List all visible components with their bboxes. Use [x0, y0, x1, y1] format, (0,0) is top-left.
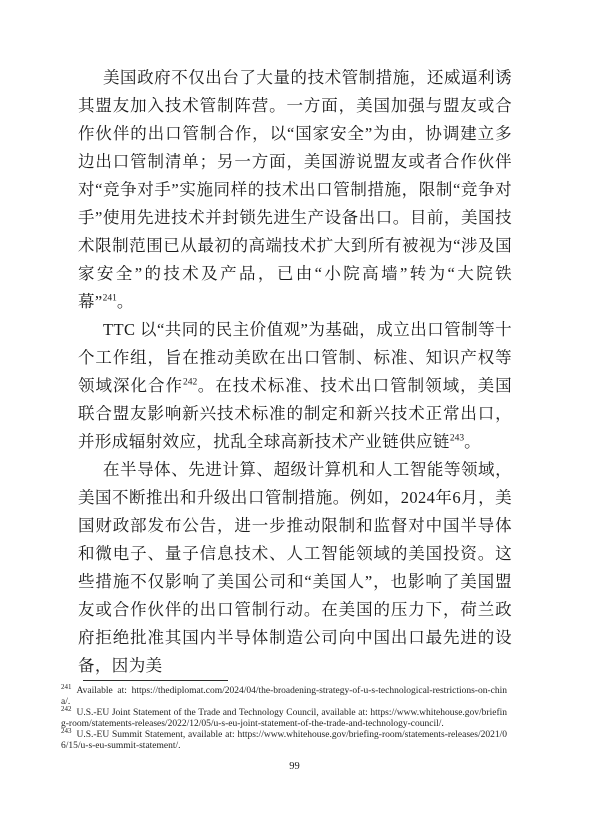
- footnote-marker: 241: [61, 683, 72, 691]
- footnote-text: .: [178, 741, 180, 751]
- footnote-243: 243U.S.-EU Summit Statement, available a…: [61, 730, 507, 751]
- footnote-text: U.S.-EU Summit Statement, available at:: [77, 730, 238, 740]
- footnote-241: 241Available at: https://thediplomat.com…: [61, 686, 507, 707]
- paragraph-text-segment: 在半导体、先进计算、超级计算机和人工智能等领域，美国不断推出和升级出口管制措施。…: [78, 460, 512, 675]
- paragraph-text-segment: 美国政府不仅出台了大量的技术管制措施，还威逼利诱其盟友加入技术管制阵营。一方面，…: [78, 68, 512, 311]
- page-number: 99: [0, 761, 589, 772]
- document-page: 美国政府不仅出台了大量的技术管制措施，还威逼利诱其盟友加入技术管制阵营。一方面，…: [0, 0, 589, 831]
- footnote-ref-241: 241: [103, 294, 117, 304]
- paragraph-text-segment: 。: [117, 292, 134, 311]
- footnote-marker: 243: [61, 727, 72, 735]
- footnote-ref-242: 242: [183, 378, 197, 388]
- body-paragraph-2: TTC 以“共同的民主价值观”为基础，成立出口管制等十个工作组，旨在推动美欧在出…: [78, 316, 512, 456]
- footnote-242: 242U.S.-EU Joint Statement of the Trade …: [61, 708, 507, 729]
- footnote-separator: [83, 680, 228, 681]
- footnote-text: .: [441, 719, 443, 729]
- paragraph-text-segment: 。: [464, 432, 481, 451]
- body-paragraph-3: 在半导体、先进计算、超级计算机和人工智能等领域，美国不断推出和升级出口管制措施。…: [78, 456, 512, 680]
- footnote-text: Available at:: [77, 686, 132, 696]
- body-text-block: 美国政府不仅出台了大量的技术管制措施，还威逼利诱其盟友加入技术管制阵营。一方面，…: [78, 64, 512, 680]
- footnote-ref-243: 243: [450, 434, 464, 444]
- body-paragraph-1: 美国政府不仅出台了大量的技术管制措施，还威逼利诱其盟友加入技术管制阵营。一方面，…: [78, 64, 512, 316]
- footnote-text: U.S.-EU Joint Statement of the Trade and…: [77, 708, 371, 718]
- footnote-marker: 242: [61, 705, 72, 713]
- footnotes-section: 241Available at: https://thediplomat.com…: [61, 680, 507, 752]
